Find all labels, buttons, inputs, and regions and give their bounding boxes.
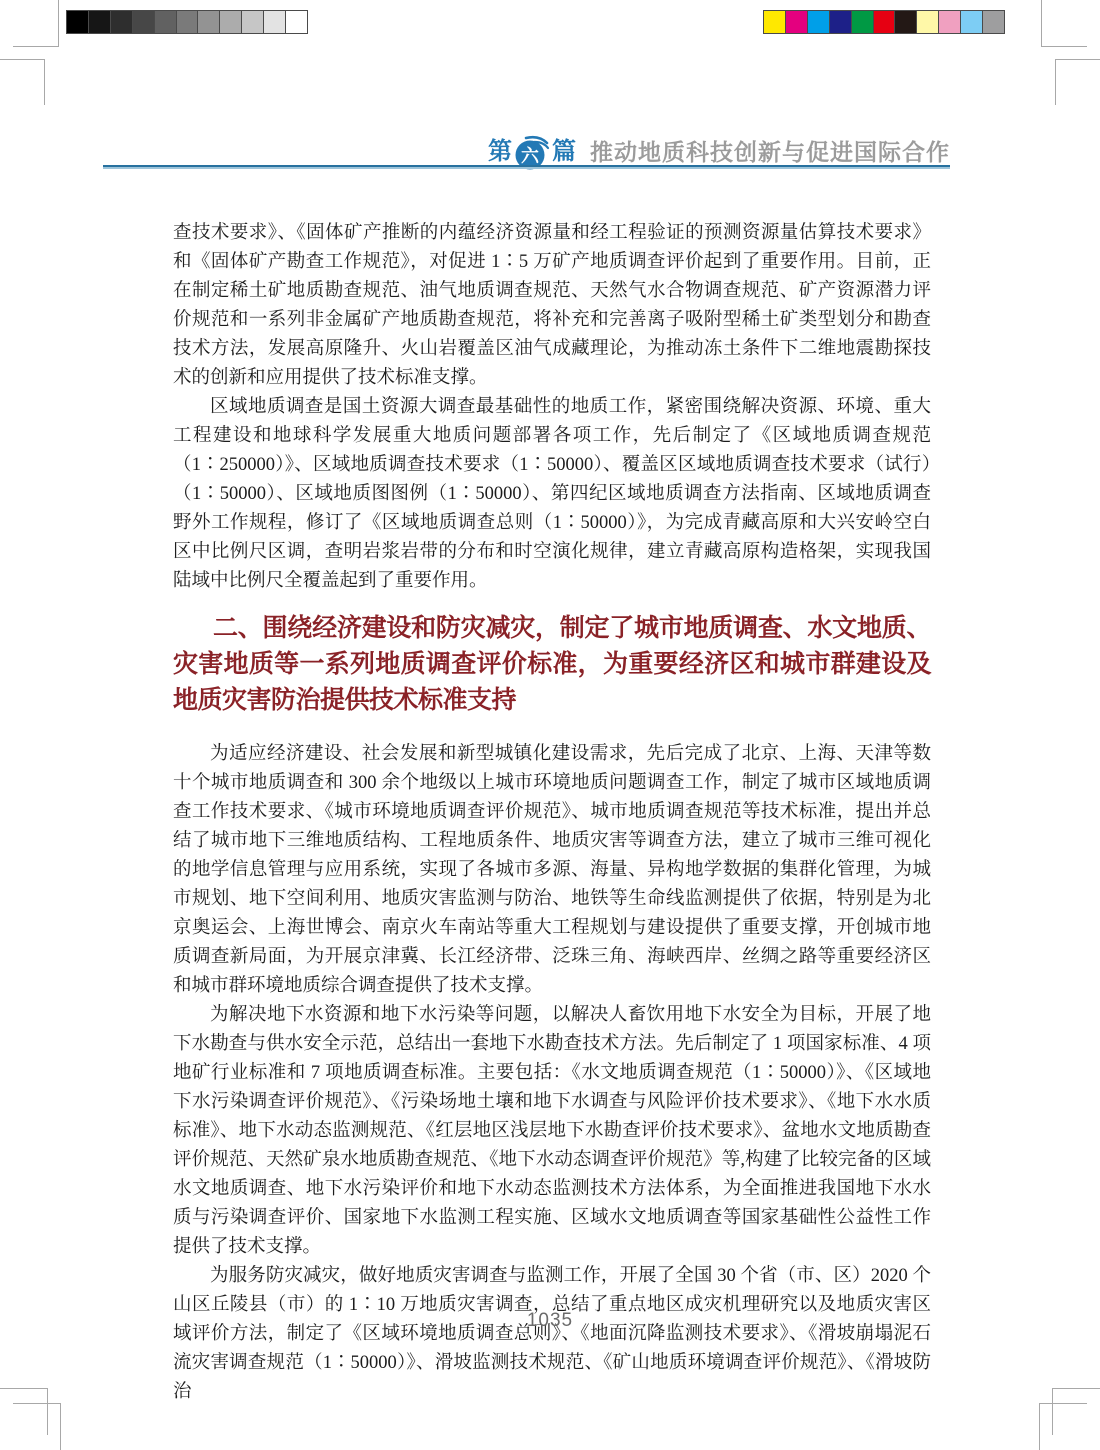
calibration-swatch bbox=[852, 11, 874, 33]
calibration-swatch bbox=[961, 11, 983, 33]
crop-mark-bottom-right-inner bbox=[1039, 1403, 1087, 1450]
color-calibration-bar bbox=[763, 10, 1005, 34]
calibration-swatch bbox=[764, 11, 786, 33]
calibration-swatch bbox=[177, 11, 199, 33]
calibration-swatch bbox=[286, 11, 307, 33]
section-heading: 二、围绕经济建设和防灾减灾，制定了城市地质调查、水文地质、灾害地质等一系列地质调… bbox=[173, 610, 931, 718]
calibration-swatch bbox=[895, 11, 917, 33]
body-paragraph: 查技术要求》、《固体矿产推断的内蕴经济资源量和经工程验证的预测资源量估算技术要求… bbox=[173, 219, 931, 393]
header-rule bbox=[103, 165, 950, 169]
crop-mark-top-left-outer bbox=[13, 0, 59, 47]
crop-mark-top-left-inner bbox=[0, 59, 45, 105]
calibration-swatch bbox=[155, 11, 177, 33]
calibration-swatch bbox=[89, 11, 111, 33]
svg-text:六: 六 bbox=[521, 146, 540, 166]
calibration-swatch bbox=[786, 11, 808, 33]
calibration-swatch bbox=[983, 11, 1004, 33]
crop-mark-bottom-left-inner bbox=[13, 1403, 61, 1450]
crop-mark-top-right-inner bbox=[1055, 59, 1100, 105]
calibration-swatch bbox=[242, 11, 264, 33]
calibration-swatch bbox=[67, 11, 89, 33]
calibration-swatch bbox=[917, 11, 939, 33]
calibration-swatch bbox=[939, 11, 961, 33]
body-paragraph: 为适应经济建设、社会发展和新型城镇化建设需求，先后完成了北京、上海、天津等数十个… bbox=[173, 740, 931, 1001]
calibration-swatch bbox=[198, 11, 220, 33]
calibration-swatch bbox=[111, 11, 133, 33]
part-label-prefix: 第 bbox=[488, 140, 512, 164]
part-label-suffix: 篇 bbox=[552, 140, 576, 164]
calibration-swatch bbox=[830, 11, 852, 33]
calibration-swatch bbox=[808, 11, 830, 33]
calibration-swatch bbox=[874, 11, 896, 33]
grayscale-calibration-bar bbox=[66, 10, 308, 34]
page-body: 查技术要求》、《固体矿产推断的内蕴经济资源量和经工程验证的预测资源量估算技术要求… bbox=[173, 219, 931, 1407]
calibration-swatch bbox=[220, 11, 242, 33]
chapter-title: 推动地质科技创新与促进国际合作 bbox=[590, 141, 950, 164]
crop-mark-top-right-outer bbox=[1041, 0, 1087, 47]
body-paragraph: 为服务防灾减灾，做好地质灾害调查与监测工作，开展了全国 30 个省（市、区）20… bbox=[173, 1262, 931, 1407]
page-number: 1035 bbox=[0, 1310, 1100, 1332]
calibration-swatch bbox=[133, 11, 155, 33]
calibration-swatch bbox=[264, 11, 286, 33]
body-paragraph: 区域地质调查是国土资源大调查最基础性的地质工作，紧密围绕解决资源、环境、重大工程… bbox=[173, 393, 931, 596]
book-page: 第 六 篇 推动地质科技创新与促进国际合作 查技术要求》、《固体矿产推断的内蕴经… bbox=[0, 0, 1100, 1450]
body-paragraph: 为解决地下水资源和地下水污染等问题，以解决人畜饮用地下水安全为目标，开展了地下水… bbox=[173, 1001, 931, 1262]
